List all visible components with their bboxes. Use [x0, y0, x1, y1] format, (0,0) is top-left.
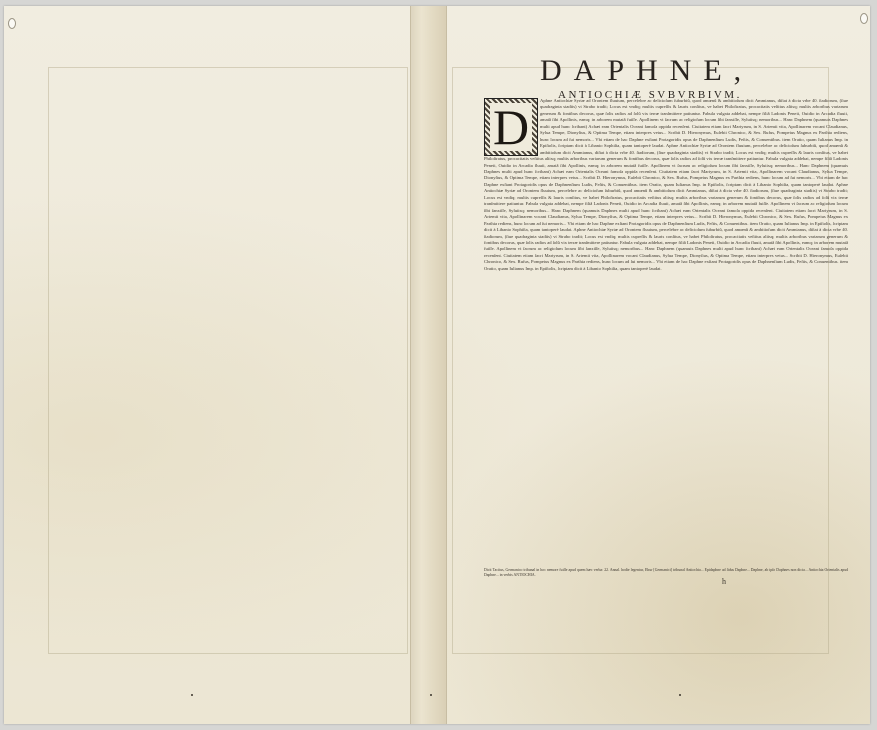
document-title: DAPHNE,	[540, 54, 753, 88]
body-text-repeat-2: Aphne Antiochiæ Syriæ ad Orontem fluuium…	[484, 182, 848, 232]
center-fold	[410, 6, 447, 724]
body-text: Aphne Antiochiæ Syriæ ad Orontem fluuium…	[540, 98, 848, 148]
left-plate-mark	[48, 67, 408, 654]
signature-mark: h	[722, 577, 726, 586]
pin-hole-right	[860, 13, 868, 24]
initial-letter: D	[490, 103, 532, 151]
body-text-repeat-3: Aphne Antiochiæ Syriæ ad Orontem fluuium…	[484, 227, 848, 271]
decorated-initial-letter: D	[484, 98, 538, 156]
body-text-block: Aphne Antiochiæ Syriæ ad Orontem fluuium…	[484, 98, 848, 272]
ink-spot	[679, 694, 681, 696]
ink-spot	[191, 694, 193, 696]
ink-spot	[430, 694, 432, 696]
pin-hole-left	[8, 18, 16, 29]
footnote-text: Dicit Tacitus, Germanico tribunal in hoc…	[484, 568, 848, 578]
